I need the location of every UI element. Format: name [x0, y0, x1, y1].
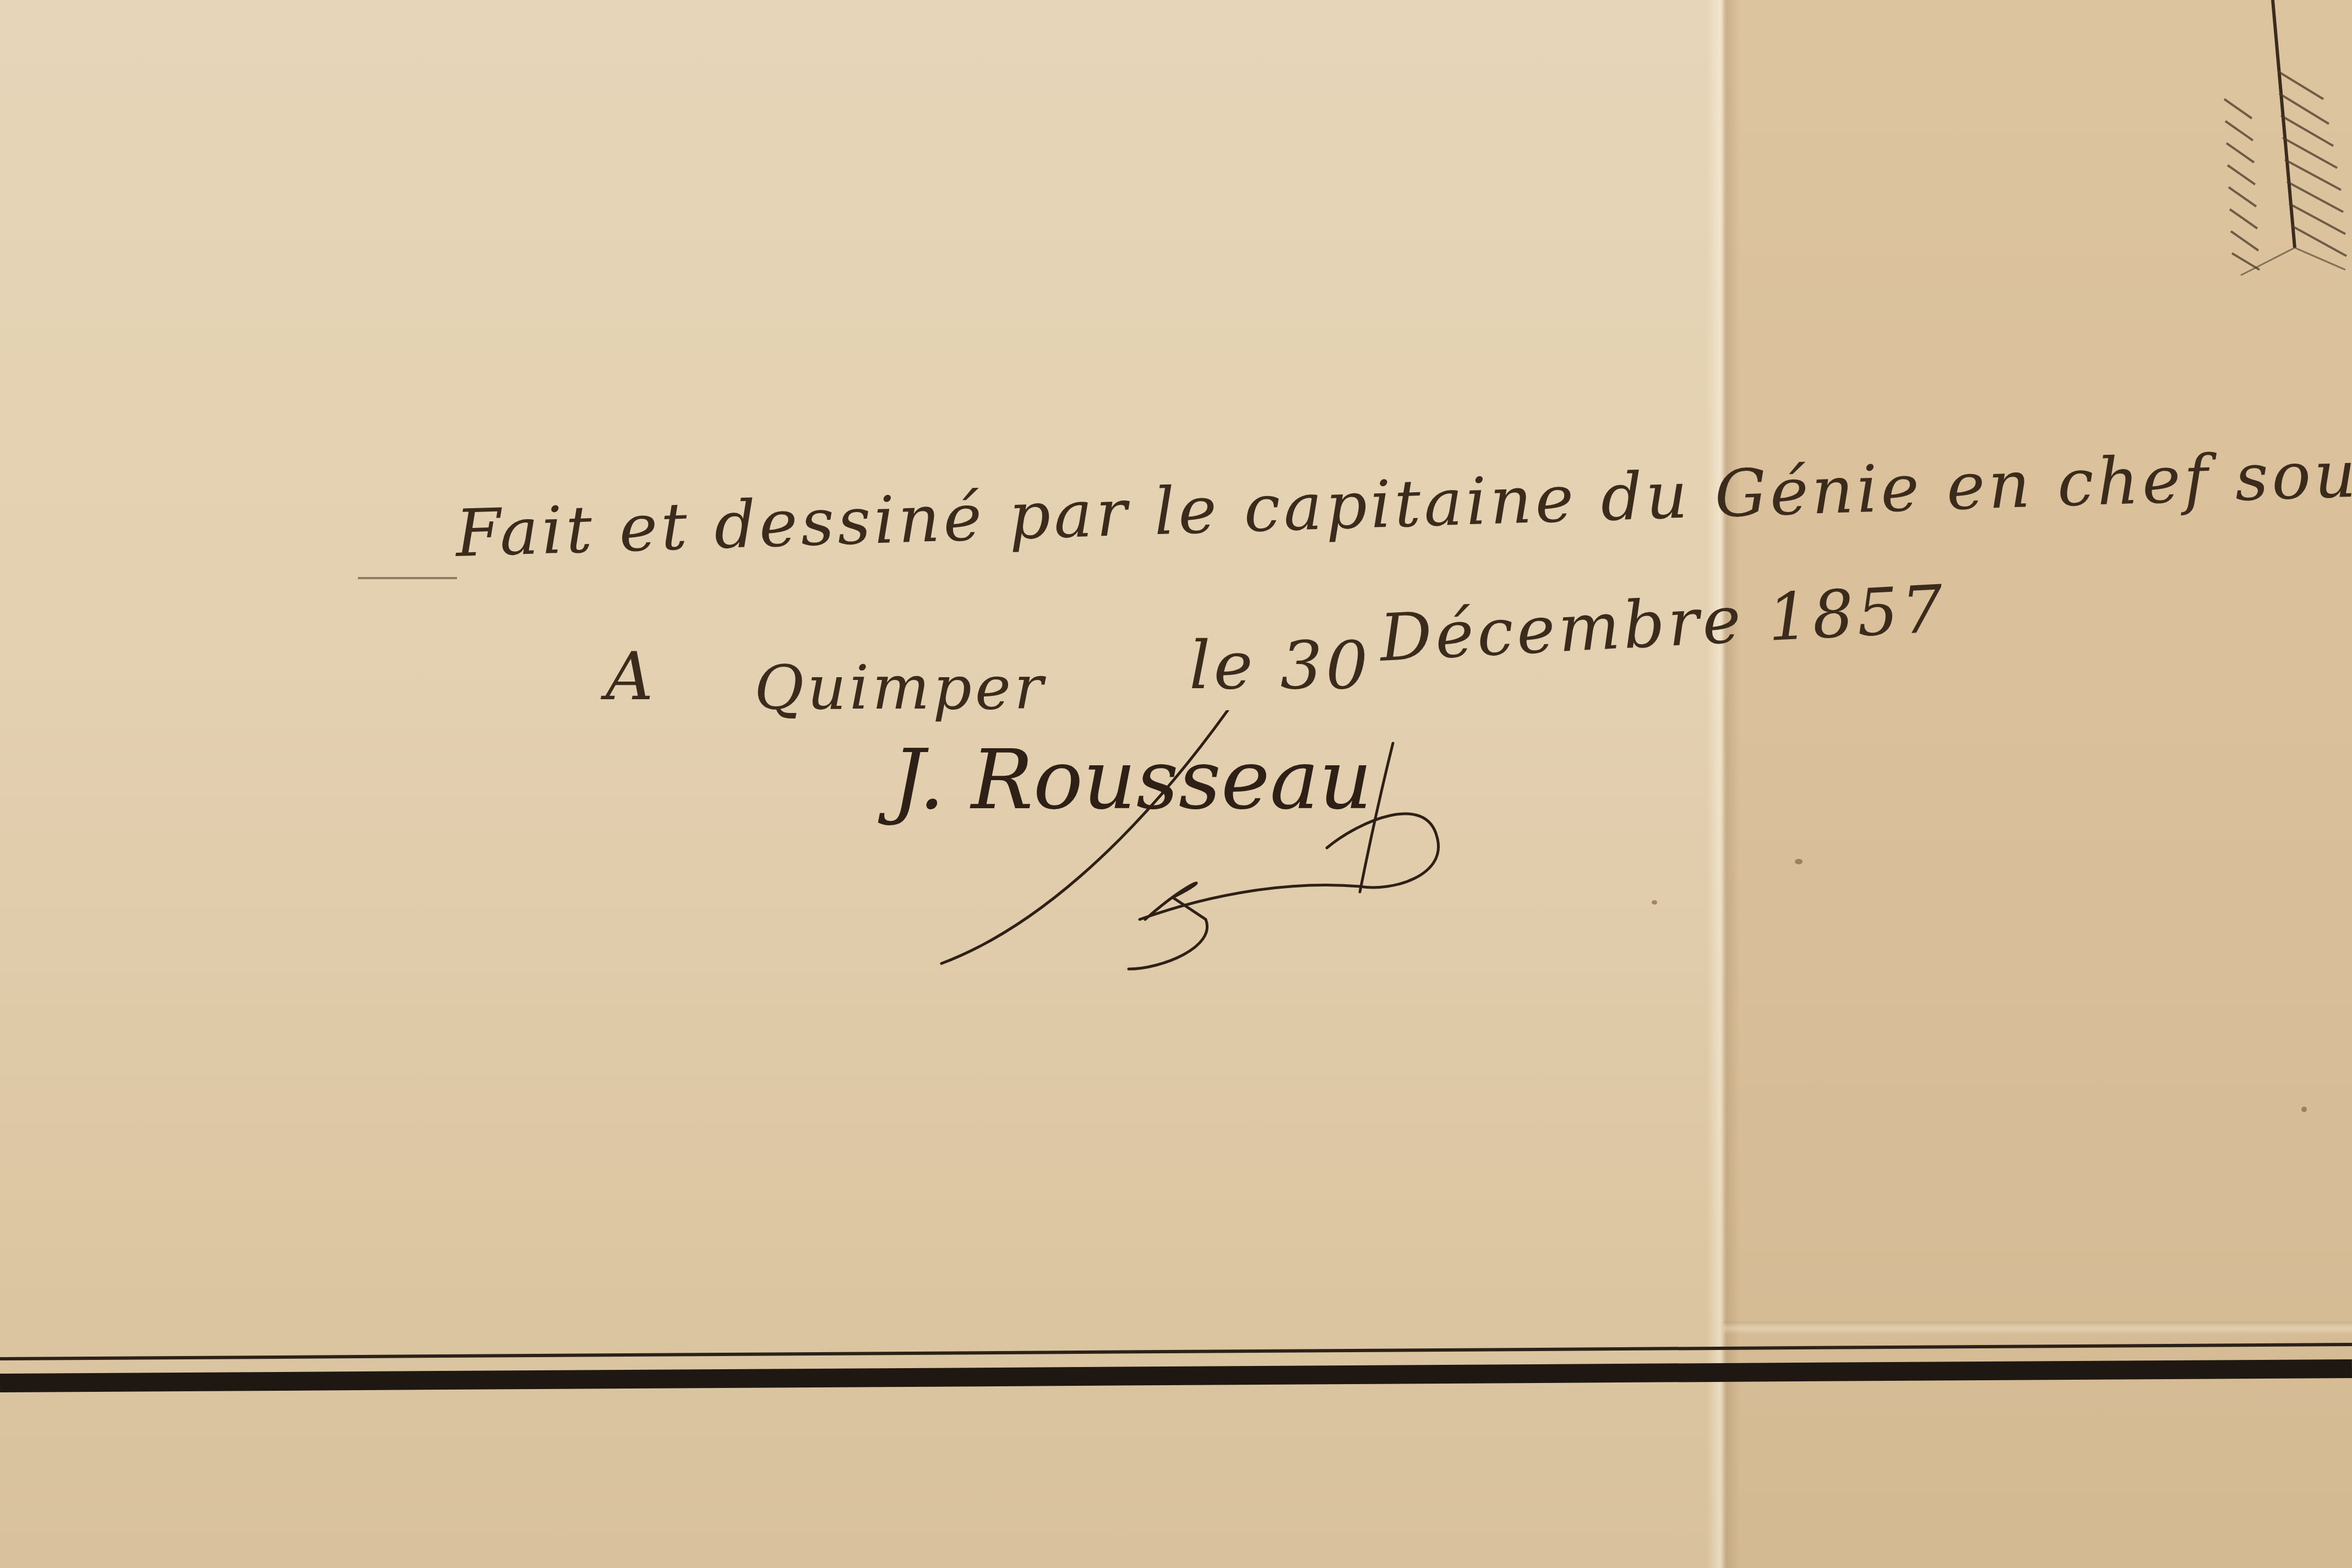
paper-spot — [1795, 859, 1803, 864]
north-arrow-icon — [2191, 0, 2352, 540]
signature-flourish-icon — [908, 710, 1514, 974]
date-day: le 30 — [1189, 628, 1371, 704]
paper-spot — [1652, 900, 1657, 905]
paper-spot — [2301, 1107, 2307, 1112]
paper-fold-horizontal — [1723, 1321, 2352, 1335]
leading-dash — [358, 577, 457, 579]
location-prefix: A — [606, 639, 657, 715]
